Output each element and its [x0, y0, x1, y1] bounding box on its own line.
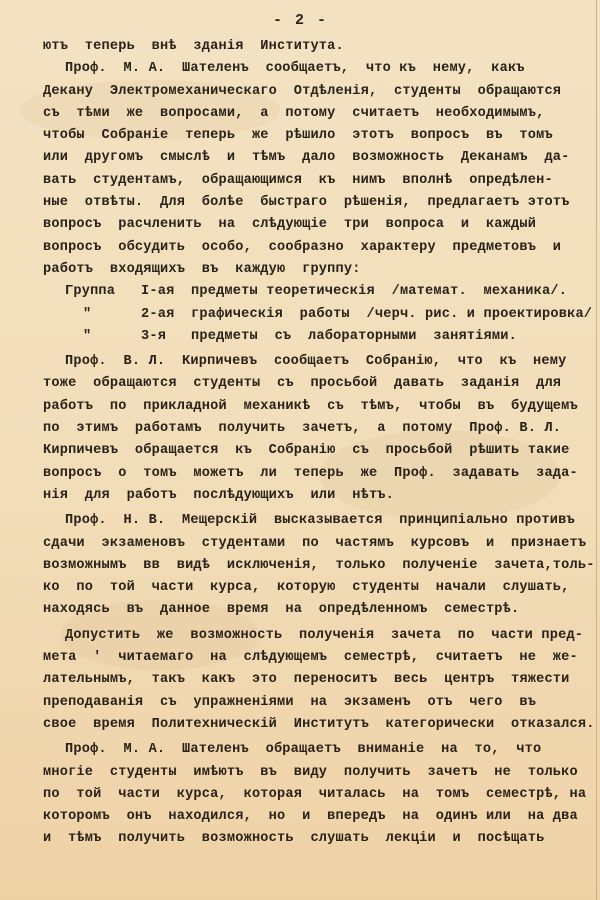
group-item: ГруппаI-аяпредметы теоретическія /матема… [43, 281, 593, 303]
group-text: предметы съ лабораторными занятіями. [191, 329, 517, 344]
group-number: 3-я [141, 326, 191, 348]
text-line: или другомъ смыслѣ и тѣмъ дало возможнос… [43, 147, 593, 169]
paragraph-first-line: Проф. М. А. Шателенъ сообщаетъ, что къ н… [43, 58, 593, 80]
text-line: по этимъ работамъ получить зачетъ, а пот… [43, 418, 593, 440]
group-item: "3-япредметы съ лабораторными занятіями. [43, 326, 593, 348]
text-line: нія для работъ послѣдующихъ или нѣтъ. [43, 485, 593, 507]
text-line: лательнымъ, такъ какъ это переноситъ вес… [43, 669, 593, 691]
text-line: ютъ теперь внѣ зданія Института. [43, 36, 593, 58]
text-line: чтобы Собраніе теперь же рѣшило этотъ во… [43, 125, 593, 147]
group-text: предметы теоретическія /математ. механик… [191, 284, 567, 299]
paragraph-first-line: Допустить же возможность полученія зачет… [43, 625, 593, 647]
group-number: I-ая [141, 281, 191, 303]
page-edge [596, 0, 597, 900]
group-label: " [65, 304, 141, 326]
text-line: возможнымъ вв видѣ исключенія, только по… [43, 555, 593, 577]
text-line: вопросъ обсудить особо, сообразно характ… [43, 237, 593, 259]
group-item: "2-аяграфическія работы /черч. рис. и пр… [43, 304, 593, 326]
text-line: которомъ онъ находился, но и впередъ на … [43, 806, 593, 828]
text-line: мета ' читаемаго на слѣдующемъ семестрѣ,… [43, 647, 593, 669]
document-body: ютъ теперь внѣ зданія Института. Проф. М… [43, 36, 593, 851]
text-line: вопросъ расчленить на слѣдующіе три вопр… [43, 214, 593, 236]
text-line: по той части курса, которая читалась на … [43, 784, 593, 806]
group-number: 2-ая [141, 304, 191, 326]
group-label: " [65, 326, 141, 348]
text-line: преподаванія съ упражненіями на экзаменъ… [43, 692, 593, 714]
page-number: - 2 - [43, 12, 558, 29]
text-line: находясь въ данное время на опредѣленном… [43, 599, 593, 621]
group-text: графическія работы /черч. рис. и проекти… [191, 307, 592, 322]
paragraph-first-line: Проф. М. А. Шателенъ обращаетъ вниманіе … [43, 739, 593, 761]
text-line: многіе студенты имѣютъ въ виду получить … [43, 762, 593, 784]
text-line: и тѣмъ получить возможность слушать лекц… [43, 828, 593, 850]
group-label: Группа [65, 281, 141, 303]
paragraph-first-line: Проф. В. Л. Кирпичевъ сообщаетъ Собранію… [43, 351, 593, 373]
text-line: вопросъ о томъ можетъ ли теперь же Проф.… [43, 463, 593, 485]
text-line: Декану Электромеханическаго Отдѣленія, с… [43, 81, 593, 103]
text-line: ко по той части курса, которую студенты … [43, 577, 593, 599]
paragraph-first-line: Проф. Н. В. Мещерскій высказывается прин… [43, 510, 593, 532]
text-line: свое время Политехническій Институтъ кат… [43, 714, 593, 736]
text-line: работъ входящихъ въ каждую группу: [43, 259, 593, 281]
text-line: ные отвѣты. Для болѣе быстраго рѣшенія, … [43, 192, 593, 214]
text-line: съ тѣми же вопросами, а потому считаетъ … [43, 103, 593, 125]
text-line: Кирпичевъ обращается къ Собранію съ прос… [43, 440, 593, 462]
text-line: вать студентамъ, обращающимся къ нимъ вп… [43, 170, 593, 192]
text-line: работъ по прикладной механикѣ съ тѣмъ, ч… [43, 396, 593, 418]
text-line: тоже обращаются студенты съ просьбой дав… [43, 373, 593, 395]
text-line: сдачи экзаменовъ студентами по частямъ к… [43, 533, 593, 555]
